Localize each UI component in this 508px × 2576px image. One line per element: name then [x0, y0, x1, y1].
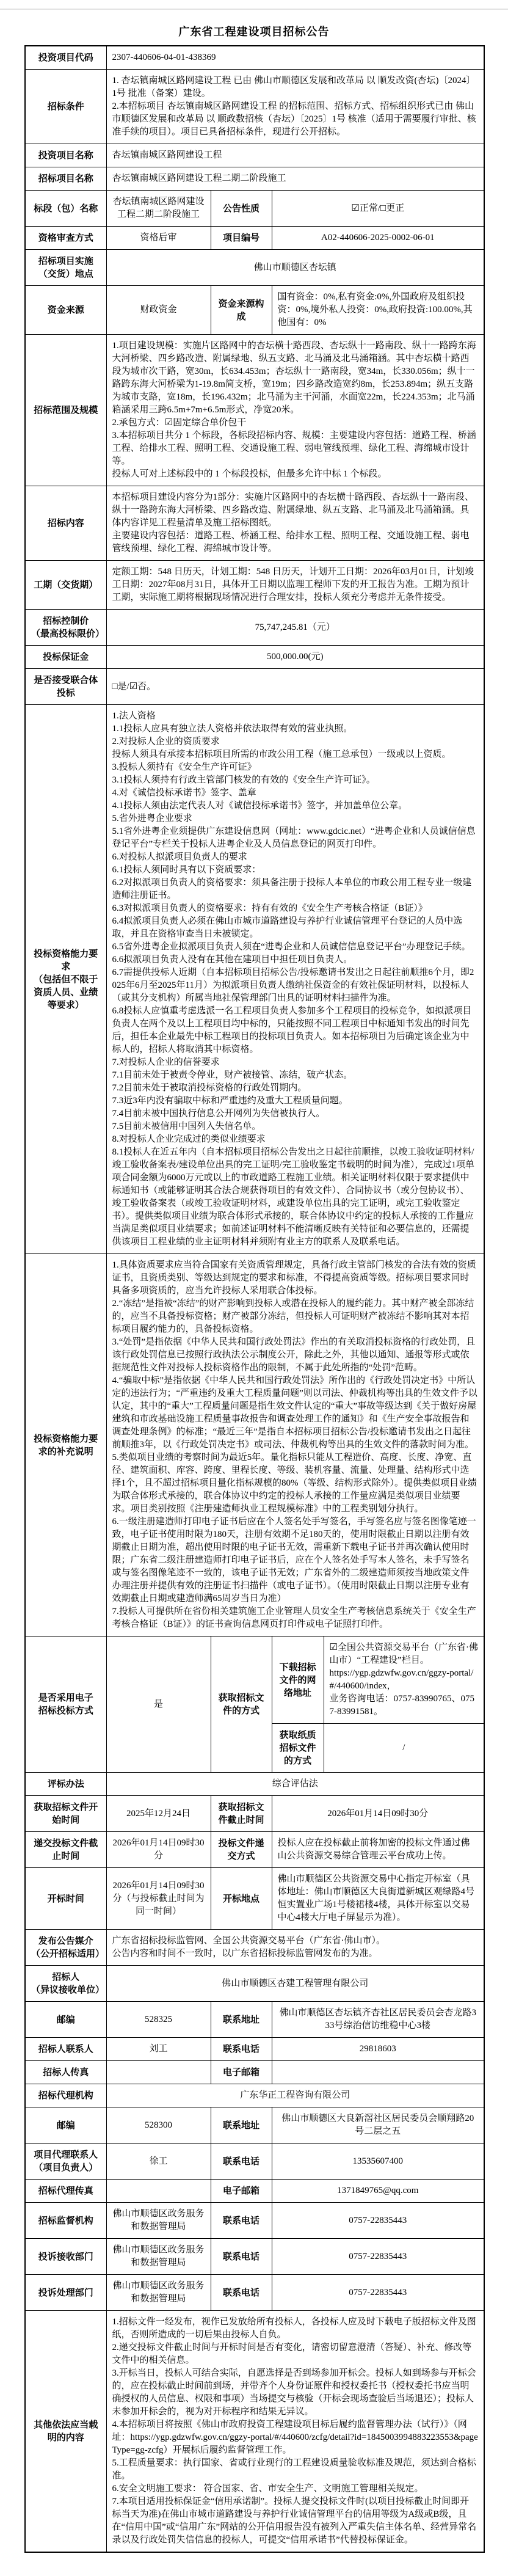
table-row: 发布公告媒介 （公开招标适用）广东省招标投标监管网、全国公共资源交易平台（广东省…	[25, 1930, 484, 1966]
row-label-2: 公告性质	[211, 191, 272, 227]
row-label-2: 联系电话	[211, 2239, 272, 2275]
row-value-2: ☑正常/□更正	[272, 191, 484, 227]
row-label-2: 联系地址	[211, 2107, 272, 2144]
row-value	[106, 2180, 211, 2203]
table-row: 招标人 （异议接收单位）佛山市顺德区杏建工程管理有限公司	[25, 1966, 484, 2002]
table-row: 投标资格能力要求 （包括但不限于资质人员、业绩等要求）1.法人资格 1.1投标人…	[25, 705, 484, 1254]
row-label: 发布公告媒介 （公开招标适用）	[25, 1930, 106, 1966]
row-value: 杏坛镇南城区路网建设工程二期二阶段施工	[106, 191, 211, 227]
table-row: 邮编528325联系地址佛山市顺德区杏坛镇齐杏社区居民委员会杏龙路333号综治信…	[25, 2002, 484, 2038]
table-row: 投诉接收部门佛山市顺德区政务服务和数据管理局联系电话0757-22835443	[25, 2239, 484, 2275]
row-value: 刘工	[106, 2038, 211, 2061]
row-value: 杏坛镇南城区路网建设工程	[106, 144, 484, 167]
row-value: 佛山市顺德区杏坛镇	[106, 250, 484, 286]
row-value: 杏坛镇南城区路网建设工程二期二阶段施工	[106, 167, 484, 191]
row-value: 1.项目建设规模：实施片区路网中的杏坛横十路西段、杏坛纵十一路南段、纵十一路跨东…	[106, 335, 484, 486]
row-value-2: 国有资金：0%,私有资金:0%,外国政府及组织投资：0%,境外私人投资：0%,政…	[272, 286, 484, 335]
sub-row-label: 下载招标文件的网络地址	[272, 1636, 324, 1724]
row-label: 招标人 （异议接收单位）	[25, 1966, 106, 2002]
row-label: 招标项目实施（交货）地点	[25, 250, 106, 286]
row-label-2: 投标文件递交方式	[211, 1832, 272, 1868]
page: 广东省工程建设项目招标公告 投资项目代码2307-440606-04-01-43…	[0, 0, 508, 2576]
table-row: 招标条件1. 杏坛镇南城区路网建设工程 已由 佛山市顺德区发展和改革局 以 顺发…	[25, 70, 484, 144]
row-value: 资格后审	[106, 227, 211, 250]
row-value	[106, 2061, 211, 2084]
row-label: 其他依法应当载明的内容	[25, 2311, 106, 2553]
row-value: 1.法人资格 1.1投标人应具有独立法人资格并依法取得有效的营业执照。 2.对投…	[106, 705, 484, 1254]
row-value: 2307-440606-04-01-438369	[106, 46, 484, 70]
row-label: 招标内容	[25, 486, 106, 561]
table-row: 评标办法综合评估法	[25, 1773, 484, 1796]
row-value-2: 13535607400	[272, 2144, 484, 2180]
row-label: 投标资格能力要求 （包括但不限于资质人员、业绩等要求）	[25, 705, 106, 1254]
table-row: 投标保证金500,000.00(元)	[25, 646, 484, 669]
row-label: 获取招标文件开始时间	[25, 1796, 106, 1832]
row-label: 递交投标文件截止时间	[25, 1832, 106, 1868]
table-row: 邮编528300联系地址佛山市顺德区大良新滘社区居民委员会顺翔路20号二层之五	[25, 2107, 484, 2144]
row-label: 开标时间	[25, 1868, 106, 1930]
row-value: 广东省招标投标监管网、全国公共资源交易平台（广东省·佛山市）。 公告内容和时间不…	[106, 1930, 484, 1966]
row-label: 标段（包）名称	[25, 191, 106, 227]
table-row: 投资项目代码2307-440606-04-01-438369	[25, 46, 484, 70]
row-value: 徐工	[106, 2144, 211, 2180]
row-value: 500,000.00(元)	[106, 646, 484, 669]
row-label: 项目代理联系人 （项目负责人）	[25, 2144, 106, 2180]
table-row: 招标代理机构广东华正工程咨询有限公司	[25, 2084, 484, 2107]
row-label: 资金来源	[25, 286, 106, 335]
page-title: 广东省工程建设项目招标公告	[0, 23, 508, 39]
row-label: 评标办法	[25, 1773, 106, 1796]
row-label: 投诉处理部门	[25, 2275, 106, 2311]
table-row: 标段（包）名称杏坛镇南城区路网建设工程二期二阶段施工公告性质☑正常/□更正	[25, 191, 484, 227]
row-value-2: 0757-22835443	[272, 2203, 484, 2239]
table-row: 获取招标文件开始时间2025年12月24日获取招标文件截止时间2026年01月1…	[25, 1796, 484, 1832]
row-value: 2025年12月24日	[106, 1796, 211, 1832]
row-value: 综合评估法	[106, 1773, 484, 1796]
table-row: 投诉处理部门佛山市顺德区政务服务和数据管理局联系电话0757-22835443	[25, 2275, 484, 2311]
row-value: 是	[106, 1636, 211, 1773]
row-label: 资格审查方式	[25, 227, 106, 250]
table-row: 招标内容本招标项目建设内容分为1部分：实施片区路网中的杏坛横十路西段、杏坛纵十一…	[25, 486, 484, 561]
row-label: 投资项目名称	[25, 144, 106, 167]
row-label-2: 联系电话	[211, 2275, 272, 2311]
row-value: 1.招标文件一经发布，视作已发放给所有投标人，各投标人应及时下载电子版招标文件及…	[106, 2311, 484, 2553]
row-value: 佛山市顺德区政务服务和数据管理局	[106, 2275, 211, 2311]
table-row: 递交投标文件截止时间2026年01月14日09时30分投标文件递交方式投标人应在…	[25, 1832, 484, 1868]
row-label-2: 联系电话	[211, 2144, 272, 2180]
table-row: 其他依法应当载明的内容1.招标文件一经发布，视作已发放给所有投标人，各投标人应及…	[25, 2311, 484, 2553]
table-row: 招标监督机构佛山市顺德区政务服务和数据管理局联系电话0757-22835443	[25, 2203, 484, 2239]
top-divider	[0, 0, 508, 10]
row-label-2: 电子邮箱	[211, 2061, 272, 2084]
row-value: 528325	[106, 2002, 211, 2038]
table-row: 招标控制价 （最高投标限价）75,747,245.81（元）	[25, 610, 484, 646]
row-value: 528300	[106, 2107, 211, 2144]
sub-row-label: 获取纸质招标文件的方式	[272, 1724, 324, 1773]
row-label-2: 开标地点	[211, 1868, 272, 1930]
row-label-2: 电子邮箱	[211, 2180, 272, 2203]
row-label: 投标保证金	[25, 646, 106, 669]
sub-row-value: ☑全国公共资源交易平台（广东省·佛山市）“工程建设”栏目。 https://yg…	[324, 1636, 484, 1724]
row-label-2: 联系地址	[211, 2002, 272, 2038]
row-value-2: 佛山市顺德区大良新滘社区居民委员会顺翔路20号二层之五	[272, 2107, 484, 2144]
row-label: 是否采用电子 招标投标方式	[25, 1636, 106, 1773]
row-label: 招标代理机构	[25, 2084, 106, 2107]
row-value: 佛山市顺德区政务服务和数据管理局	[106, 2203, 211, 2239]
announcement-table: 投资项目代码2307-440606-04-01-438369招标条件1. 杏坛镇…	[24, 45, 485, 2553]
row-value-2: 0757-22835443	[272, 2239, 484, 2275]
sub-row-value: /	[324, 1724, 484, 1773]
row-label: 邮编	[25, 2002, 106, 2038]
row-label: 投标资格能力要求的补充说明	[25, 1254, 106, 1636]
table-row: 招标项目实施（交货）地点佛山市顺德区杏坛镇	[25, 250, 484, 286]
row-value: 广东华正工程咨询有限公司	[106, 2084, 484, 2107]
row-value: 2026年01月14日09时30分（与投标截止时间为同一时间）	[106, 1868, 211, 1930]
row-value: 2026年01月14日09时30分	[106, 1832, 211, 1868]
table-row: 招标人传真电子邮箱	[25, 2061, 484, 2084]
row-label: 招标项目名称	[25, 167, 106, 191]
table-row: 是否接受联合体投标□是/☑否。	[25, 669, 484, 705]
row-label: 招标人传真	[25, 2061, 106, 2084]
row-value: 佛山市顺德区杏建工程管理有限公司	[106, 1966, 484, 2002]
row-value: 财政资金	[106, 286, 211, 335]
row-label: 工期（交货期）	[25, 561, 106, 610]
table-row: 是否采用电子 招标投标方式是获取招标文件的方式下载招标文件的网络地址☑全国公共资…	[25, 1636, 484, 1724]
row-value: □是/☑否。	[106, 669, 484, 705]
table-row: 招标范围及规模1.项目建设规模：实施片区路网中的杏坛横十路西段、杏坛纵十一路南段…	[25, 335, 484, 486]
row-value: 75,747,245.81（元）	[106, 610, 484, 646]
row-label: 邮编	[25, 2107, 106, 2144]
table-row: 投标资格能力要求的补充说明1.具体资质要求应当符合国家有关资质管理规定，具备行政…	[25, 1254, 484, 1636]
row-value: 佛山市顺德区政务服务和数据管理局	[106, 2239, 211, 2275]
table-row: 招标代理传真电子邮箱1371849765@qq.com	[25, 2180, 484, 2203]
row-label: 招标代理传真	[25, 2180, 106, 2203]
row-label: 招标人联系人	[25, 2038, 106, 2061]
row-label-2: 联系电话	[211, 2203, 272, 2239]
table-row: 招标人联系人刘工联系电话29818603	[25, 2038, 484, 2061]
row-value-2: 2026年01月14日09时30分	[272, 1796, 484, 1832]
row-value: 本招标项目建设内容分为1部分：实施片区路网中的杏坛横十路西段、杏坛纵十一路南段、…	[106, 486, 484, 561]
table-row: 投资项目名称杏坛镇南城区路网建设工程	[25, 144, 484, 167]
row-label: 招标控制价 （最高投标限价）	[25, 610, 106, 646]
row-label-2: 项目编号	[211, 227, 272, 250]
row-label-2: 获取招标文件的方式	[211, 1636, 272, 1773]
row-value-2: 1371849765@qq.com	[272, 2180, 484, 2203]
row-value-2: A02-440606-2025-0002-06-01	[272, 227, 484, 250]
row-label-2: 联系电话	[211, 2038, 272, 2061]
row-label: 是否接受联合体投标	[25, 669, 106, 705]
row-value-2	[272, 2061, 484, 2084]
row-label: 招标监督机构	[25, 2203, 106, 2239]
row-value-2: 29818603	[272, 2038, 484, 2061]
row-label: 招标范围及规模	[25, 335, 106, 486]
row-value-2: 投标人应在投标截止前将加密的投标文件通过佛山公共资源交易综合管理云平台成功上传。	[272, 1832, 484, 1868]
row-label-2: 资金来源构成	[211, 286, 272, 335]
table-row: 开标时间2026年01月14日09时30分（与投标截止时间为同一时间）开标地点佛…	[25, 1868, 484, 1930]
table-row: 招标项目名称杏坛镇南城区路网建设工程二期二阶段施工	[25, 167, 484, 191]
row-label: 投资项目代码	[25, 46, 106, 70]
row-value: 1. 杏坛镇南城区路网建设工程 已由 佛山市顺德区发展和改革局 以 顺发改资(杏…	[106, 70, 484, 144]
row-label: 招标条件	[25, 70, 106, 144]
row-value: 定额工期：548 日历天，计划工期：548 日历天，计划开工日期：2026年03…	[106, 561, 484, 610]
row-label-2: 获取招标文件截止时间	[211, 1796, 272, 1832]
table-row: 工期（交货期）定额工期：548 日历天，计划工期：548 日历天，计划开工日期：…	[25, 561, 484, 610]
row-value: 1.具体资质要求应当符合国家有关资质管理规定，具备行政主管部门核发的合法有效的资…	[106, 1254, 484, 1636]
row-label: 投诉接收部门	[25, 2239, 106, 2275]
row-value-2: 0757-22835443	[272, 2275, 484, 2311]
table-row: 资金来源财政资金资金来源构成国有资金：0%,私有资金:0%,外国政府及组织投资：…	[25, 286, 484, 335]
table-row: 资格审查方式资格后审项目编号A02-440606-2025-0002-06-01	[25, 227, 484, 250]
table-row: 项目代理联系人 （项目负责人）徐工联系电话13535607400	[25, 2144, 484, 2180]
row-value-2: 佛山市顺德区公共资源交易中心指定开标室（具体地址：佛山市顺德区大良街道新城区观绿…	[272, 1868, 484, 1930]
row-value-2: 佛山市顺德区杏坛镇齐杏社区居民委员会杏龙路333号综治信访维稳中心3楼	[272, 2002, 484, 2038]
